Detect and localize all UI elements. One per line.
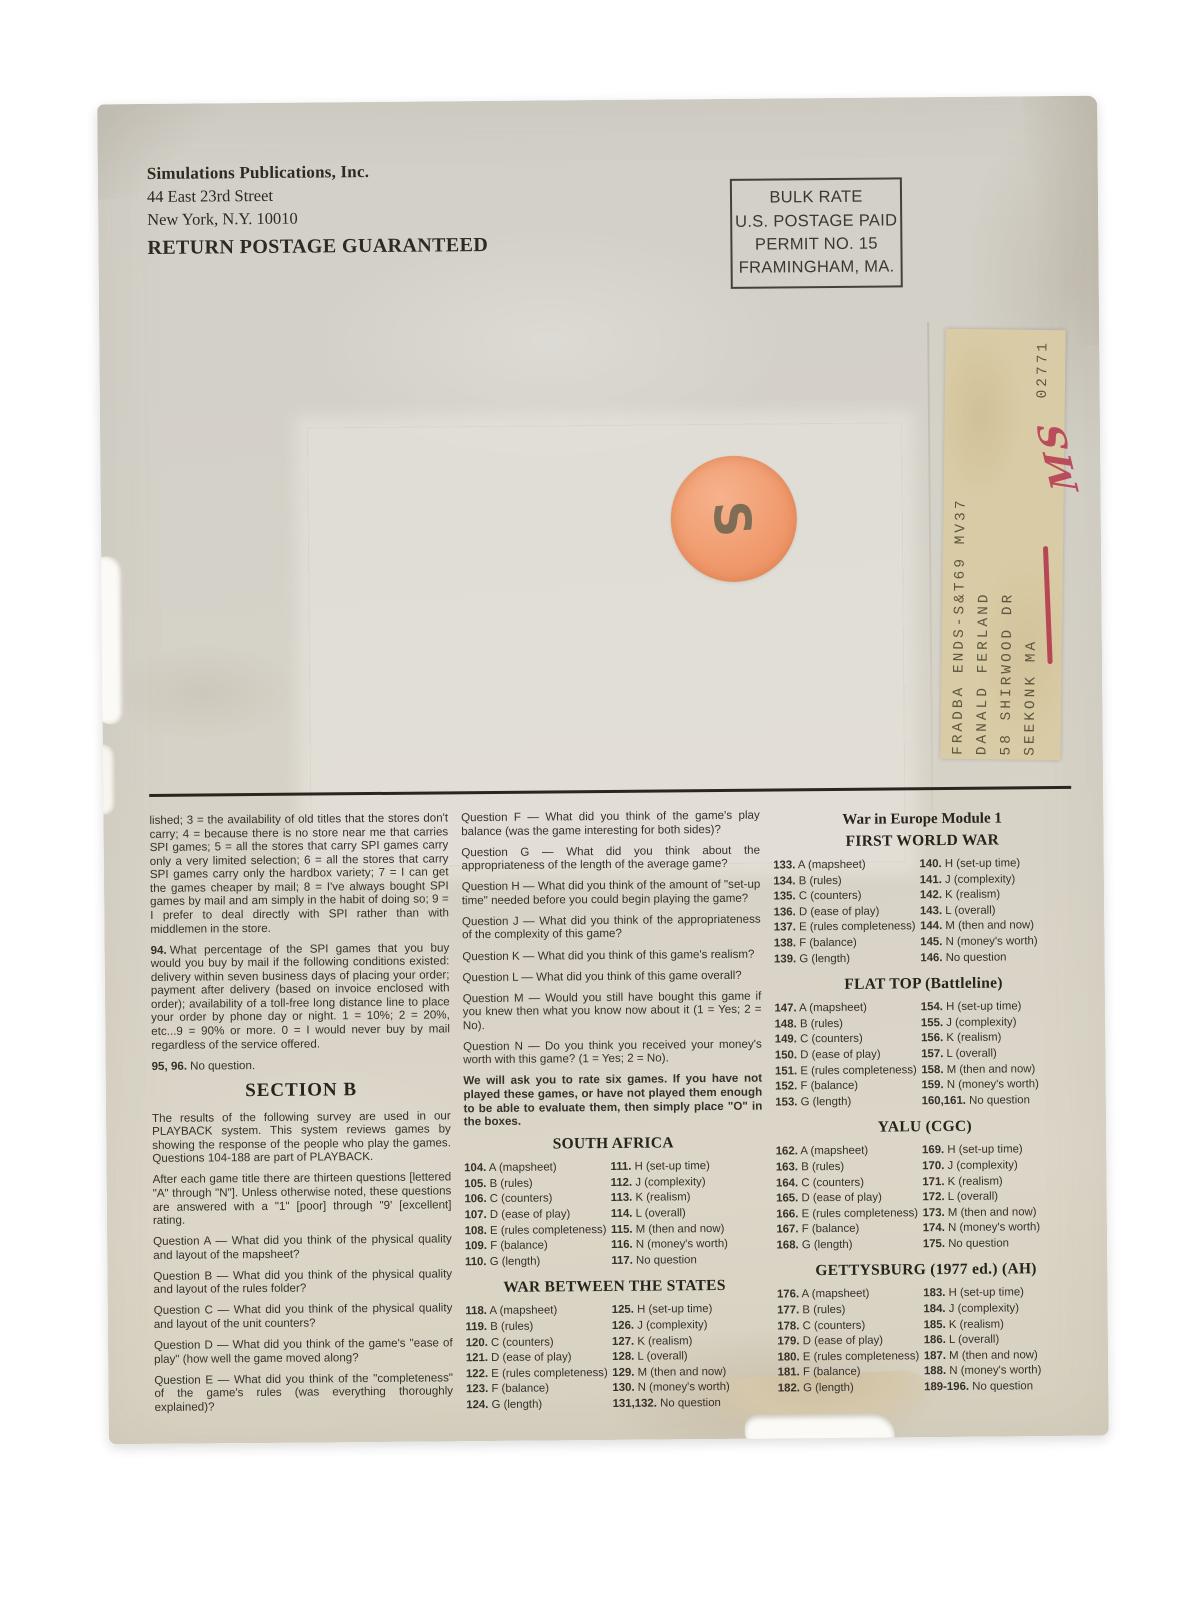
item-number: 128. <box>612 1351 634 1363</box>
item-label: N (money's worth) <box>945 935 1037 948</box>
item-label: M (then and now) <box>947 1063 1036 1076</box>
item-label: K (realism) <box>635 1192 690 1204</box>
section-b-heading: SECTION B <box>152 1078 451 1103</box>
game-subtitle: War in Europe Module 1 <box>773 810 1072 830</box>
item-label: G (length) <box>490 1255 541 1267</box>
item-number: 104. <box>464 1162 486 1174</box>
item-number: 156. <box>921 1032 943 1044</box>
game-items-right: 140. H (set-up time)141. J (complexity)1… <box>919 856 1072 966</box>
item-label: M (then and now) <box>945 920 1034 933</box>
item-number: 150. <box>775 1049 797 1061</box>
game-title: FLAT TOP (Battleline) <box>774 974 1073 995</box>
game-item: 152. F (balance) <box>775 1078 921 1095</box>
paragraph-text: Question C — What did you think of the p… <box>154 1302 453 1331</box>
survey-paragraph: 95, 96.No question. <box>152 1057 451 1073</box>
item-number: 176. <box>777 1289 799 1301</box>
left-paragraphs-top: lished; 3 = the availability of old titl… <box>149 811 450 1073</box>
survey-paragraph: Question E — What did you think of the "… <box>154 1371 453 1414</box>
item-label: A (mapsheet) <box>802 1288 870 1301</box>
game-item: 157. L (overall) <box>921 1046 1073 1063</box>
game-item: 172. L (overall) <box>922 1189 1074 1206</box>
game-item: 136. D (ease of play) <box>774 904 920 921</box>
game-item: 181. F (balance) <box>778 1365 924 1382</box>
game-item: 150. D (ease of play) <box>775 1047 921 1064</box>
game-section-war-between-the-states: WAR BETWEEN THE STATES 118. A (mapsheet)… <box>465 1277 765 1414</box>
paragraph-text: No question. <box>190 1059 255 1073</box>
game-items-right: 111. H (set-up time)112. J (complexity)1… <box>610 1159 763 1269</box>
item-number: 158. <box>921 1064 943 1076</box>
item-label: B (rules) <box>490 1177 533 1189</box>
item-label: D (ease of play) <box>799 905 880 918</box>
return-postage-notice: RETURN POSTAGE GUARANTEED <box>147 234 488 260</box>
game-columns: 147. A (mapsheet)148. B (rules)149. C (c… <box>774 999 1074 1111</box>
paragraph-text: Question E — What did you think of the "… <box>154 1371 453 1414</box>
item-number: 153. <box>775 1096 797 1108</box>
game-item: 175. No question <box>923 1236 1075 1253</box>
game-item: 171. K (realism) <box>922 1173 1074 1190</box>
permit-line: FRAMINGHAM, MA. <box>739 256 895 281</box>
game-items-left: 176. A (mapsheet)177. B (rules)178. C (c… <box>777 1287 924 1397</box>
item-label: F (balance) <box>800 1080 858 1093</box>
survey-paragraph: Question M — Would you still have bought… <box>463 989 762 1032</box>
game-columns: 133. A (mapsheet)134. B (rules)135. C (c… <box>773 856 1073 968</box>
game-item: 138. F (balance) <box>774 935 920 952</box>
item-number: 171. <box>922 1176 944 1188</box>
item-label: E (rules completeness) <box>800 1064 917 1077</box>
game-item: 139. G (length) <box>774 951 920 968</box>
item-number: 118. <box>465 1305 487 1317</box>
item-number: 174. <box>923 1222 945 1234</box>
game-item: 146. No question <box>920 949 1072 966</box>
item-label: B (rules) <box>490 1321 533 1333</box>
item-label: H (set-up time) <box>946 1001 1021 1014</box>
item-number: 135. <box>773 891 795 903</box>
item-label: N (money's worth) <box>949 1365 1041 1378</box>
item-label: K (realism) <box>948 1175 1003 1187</box>
paragraph-text: Question K — What did you think of this … <box>462 947 754 963</box>
item-label: N (money's worth) <box>636 1238 728 1251</box>
item-label: A (mapsheet) <box>799 1002 867 1015</box>
item-label: F (balance) <box>799 937 857 950</box>
item-number: 180. <box>777 1351 799 1363</box>
survey-column-right: War in Europe Module 1 FIRST WORLD WAR 1… <box>773 806 1077 1420</box>
item-label: G (length) <box>802 1239 853 1251</box>
game-item: 135. C (counters) <box>773 888 919 905</box>
item-number: 179. <box>777 1336 799 1348</box>
item-label: C (counters) <box>801 1176 864 1189</box>
item-label: L (overall) <box>945 904 995 916</box>
item-label: E (rules completeness) <box>802 1207 919 1220</box>
item-number: 177. <box>777 1304 799 1316</box>
game-section-flat-top: FLAT TOP (Battleline) 147. A (mapsheet)1… <box>774 974 1074 1111</box>
item-number: 163. <box>776 1161 798 1173</box>
game-columns: 118. A (mapsheet)119. B (rules)120. C (c… <box>465 1302 765 1414</box>
item-label: D (ease of play) <box>803 1335 884 1348</box>
game-item: 162. A (mapsheet) <box>776 1144 922 1161</box>
item-label: F (balance) <box>491 1383 549 1396</box>
game-item: 177. B (rules) <box>777 1302 923 1319</box>
item-number: 185. <box>923 1319 945 1331</box>
game-item: 158. M (then and now) <box>921 1061 1073 1078</box>
game-item: 104. A (mapsheet) <box>464 1160 610 1177</box>
game-item: 124. G (length) <box>466 1397 612 1414</box>
item-number: 136. <box>774 906 796 918</box>
game-item: 159. N (money's worth) <box>921 1077 1073 1094</box>
game-item: 178. C (counters) <box>777 1318 923 1335</box>
game-item: 109. F (balance) <box>465 1238 611 1255</box>
game-title: YALU (CGC) <box>775 1117 1074 1138</box>
item-label: E (rules completeness) <box>491 1367 608 1380</box>
sender-address-line1: 44 East 23rd Street <box>147 184 488 207</box>
postage-permit-box: BULK RATEU.S. POSTAGE PAIDPERMIT NO. 15F… <box>730 177 903 288</box>
item-number: 142. <box>920 889 942 901</box>
game-item: 173. M (then and now) <box>923 1205 1075 1222</box>
survey-paragraph: Question D — What did you think of the g… <box>154 1336 453 1366</box>
item-number: 168. <box>776 1239 798 1251</box>
item-label: H (set-up time) <box>949 1287 1024 1300</box>
game-items-right: 169. H (set-up time)170. J (complexity)1… <box>922 1142 1075 1252</box>
sender-name: Simulations Publications, Inc. <box>147 161 488 184</box>
game-item: 128. L (overall) <box>612 1349 764 1366</box>
paragraph-text: Question M — Would you still have bought… <box>463 989 762 1032</box>
game-items-left: 133. A (mapsheet)134. B (rules)135. C (c… <box>773 857 920 967</box>
item-label: No question <box>969 1094 1030 1107</box>
item-number: 157. <box>921 1048 943 1060</box>
game-items-right: 183. H (set-up time)184. J (complexity)1… <box>923 1285 1076 1395</box>
game-item: 153. G (length) <box>775 1094 921 1111</box>
game-item: 111. H (set-up time) <box>610 1159 762 1176</box>
paragraph-text: lished; 3 = the availability of old titl… <box>149 811 449 935</box>
item-number: 166. <box>776 1208 798 1220</box>
item-number: 112. <box>611 1177 633 1189</box>
item-label: J (complexity) <box>945 873 1015 886</box>
survey-paragraph: Question C — What did you think of the p… <box>154 1302 453 1332</box>
item-number: 115. <box>611 1223 633 1235</box>
paragraph-text: Question H — What did you think of the a… <box>462 878 761 907</box>
item-label: A (mapsheet) <box>489 1305 557 1318</box>
game-item: 113. K (realism) <box>611 1190 763 1207</box>
item-number: 183. <box>923 1288 945 1300</box>
item-label: L (overall) <box>946 1048 996 1060</box>
item-number: 145. <box>920 936 942 948</box>
paragraph-text: After each game title there are thirteen… <box>153 1171 452 1227</box>
game-title: GETTYSBURG (1977 ed.) (AH) <box>777 1260 1076 1281</box>
item-number: 117. <box>611 1255 633 1267</box>
game-item: 154. H (set-up time) <box>921 999 1073 1016</box>
game-item: 170. J (complexity) <box>922 1158 1074 1175</box>
sender-address-line2: New York, N.Y. 10010 <box>147 207 488 230</box>
game-item: 126. J (complexity) <box>612 1318 764 1335</box>
item-number: 130. <box>612 1382 634 1394</box>
game-item: 129. M (then and now) <box>612 1364 764 1381</box>
survey-paragraph: Question G — What did you think about th… <box>461 843 760 873</box>
item-number: 121. <box>466 1352 488 1364</box>
item-label: H (set-up time) <box>945 857 1020 870</box>
item-label: G (length) <box>491 1398 542 1410</box>
item-label: F (balance) <box>802 1223 860 1236</box>
item-number: 107. <box>464 1209 486 1221</box>
game-item: 143. L (overall) <box>920 903 1072 920</box>
item-number: 141. <box>920 874 942 886</box>
item-label: N (money's worth) <box>948 1221 1040 1234</box>
item-label: B (rules) <box>800 1018 843 1030</box>
permit-line: U.S. POSTAGE PAID <box>735 209 897 234</box>
item-number: 155. <box>921 1017 943 1029</box>
game-section-south-africa: SOUTH AFRICA 104. A (mapsheet)105. B (ru… <box>464 1134 764 1271</box>
game-columns: 176. A (mapsheet)177. B (rules)178. C (c… <box>777 1285 1077 1397</box>
item-label: A (mapsheet) <box>798 859 866 872</box>
item-number: 173. <box>923 1207 945 1219</box>
item-number: 126. <box>612 1320 634 1332</box>
item-number: 140. <box>919 858 941 870</box>
item-number: 159. <box>921 1079 943 1091</box>
item-label: J (complexity) <box>635 1176 705 1189</box>
game-item: 114. L (overall) <box>611 1206 763 1223</box>
item-number: 146. <box>920 952 942 964</box>
game-item: 167. F (balance) <box>776 1222 922 1239</box>
envelope-back: Simulations Publications, Inc. 44 East 2… <box>97 96 1109 1445</box>
survey-paragraph: After each game title there are thirteen… <box>153 1171 452 1228</box>
item-label: J (complexity) <box>946 1016 1016 1029</box>
survey-column-middle: Question F — What did you think of the g… <box>461 809 765 1423</box>
game-item: 116. N (money's worth) <box>611 1237 763 1254</box>
game-item: 108. E (rules completeness) <box>465 1223 611 1240</box>
game-section-yalu: YALU (CGC) 162. A (mapsheet)163. B (rule… <box>775 1117 1075 1254</box>
game-item: 147. A (mapsheet) <box>774 1000 920 1017</box>
permit-line: PERMIT NO. 15 <box>755 233 878 257</box>
item-number: 122. <box>466 1368 488 1380</box>
item-label: M (then and now) <box>638 1366 727 1379</box>
game-item: 145. N (money's worth) <box>920 934 1072 951</box>
price-sticker: S <box>670 455 797 582</box>
item-number: 134. <box>773 875 795 887</box>
survey-paragraph: Question N — Do you think you received y… <box>463 1037 762 1067</box>
item-number: 139. <box>774 953 796 965</box>
game-item: 118. A (mapsheet) <box>465 1303 611 1320</box>
survey-paragraph: Question F — What did you think of the g… <box>461 809 760 839</box>
game-items-left: 104. A (mapsheet)105. B (rules)106. C (c… <box>464 1160 611 1270</box>
item-label: D (ease of play) <box>800 1049 881 1062</box>
game-item: 187. M (then and now) <box>924 1348 1076 1365</box>
item-number: 137. <box>774 922 796 934</box>
item-number: 110. <box>465 1256 487 1268</box>
item-label: N (money's worth) <box>947 1078 1039 1091</box>
game-columns: 104. A (mapsheet)105. B (rules)106. C (c… <box>464 1159 764 1271</box>
paragraph-text: Question J — What did you think of the a… <box>462 913 761 942</box>
item-number: 152. <box>775 1080 797 1092</box>
game-columns: 162. A (mapsheet)163. B (rules)164. C (c… <box>776 1142 1076 1254</box>
item-number: 129. <box>612 1366 634 1378</box>
game-section-first-world-war: War in Europe Module 1 FIRST WORLD WAR 1… <box>773 810 1073 968</box>
sticker-letter: S <box>701 499 762 539</box>
item-label: D (ease of play) <box>801 1192 882 1205</box>
game-item: 165. D (ease of play) <box>776 1190 922 1207</box>
middle-questions: Question F — What did you think of the g… <box>461 809 762 1068</box>
item-label: C (counters) <box>490 1193 553 1206</box>
mailing-label-text: MS 02771 FRADBA ENDS-S&T69 MV37DANALD FE… <box>944 335 1061 756</box>
game-item: 168. G (length) <box>776 1237 922 1254</box>
survey-paragraph: The results of the following survey are … <box>152 1109 451 1166</box>
item-label: C (counters) <box>799 890 862 903</box>
game-item: 134. B (rules) <box>773 873 919 890</box>
survey-paragraph: lished; 3 = the availability of old titl… <box>149 811 449 936</box>
item-number: 119. <box>465 1321 487 1333</box>
item-label: J (complexity) <box>947 1159 1017 1172</box>
game-item: 176. A (mapsheet) <box>777 1287 923 1304</box>
item-number: 124. <box>466 1399 488 1411</box>
item-number: 114. <box>611 1208 633 1220</box>
item-label: E (rules completeness) <box>803 1350 920 1363</box>
paragraph-text: Question B — What did you think of the p… <box>153 1267 452 1296</box>
game-item: 125. H (set-up time) <box>612 1302 764 1319</box>
item-number: 113. <box>611 1192 633 1204</box>
game-item: 105. B (rules) <box>464 1176 610 1193</box>
item-label: H (set-up time) <box>637 1303 712 1316</box>
item-label: B (rules) <box>802 1304 845 1316</box>
item-number: 108. <box>465 1225 487 1237</box>
item-number: 181. <box>778 1367 800 1379</box>
question-number: 95, 96. <box>152 1059 188 1072</box>
item-label: G (length) <box>801 1096 852 1108</box>
mailing-label: MS 02771 FRADBA ENDS-S&T69 MV37DANALD FE… <box>940 329 1065 760</box>
game-items-left: 147. A (mapsheet)148. B (rules)149. C (c… <box>774 1000 921 1110</box>
item-number: 138. <box>774 937 796 949</box>
survey-paragraph: Question B — What did you think of the p… <box>153 1267 452 1297</box>
item-number: 178. <box>777 1320 799 1332</box>
game-item: 142. K (realism) <box>920 887 1072 904</box>
item-label: M (then and now) <box>636 1223 725 1236</box>
item-number: 160,161. <box>922 1095 966 1107</box>
item-label: C (counters) <box>491 1336 554 1349</box>
survey-paragraph: Question K — What did you think of this … <box>462 947 761 963</box>
item-number: 167. <box>776 1224 798 1236</box>
game-item: 185. K (realism) <box>923 1317 1075 1334</box>
item-label: No question <box>946 951 1007 964</box>
handwritten-initials: MS <box>1038 421 1079 491</box>
item-label: H (set-up time) <box>947 1144 1022 1157</box>
game-item: 131,132. No question <box>612 1396 764 1413</box>
item-number: 131,132. <box>612 1397 656 1409</box>
game-item: 137. E (rules completeness) <box>774 920 920 937</box>
game-item: 107. D (ease of play) <box>464 1207 610 1224</box>
item-label: N (money's worth) <box>638 1381 730 1394</box>
game-item: 115. M (then and now) <box>611 1221 763 1238</box>
game-item: 166. E (rules completeness) <box>776 1206 922 1223</box>
survey-paragraph: 94.What percentage of the SPI games that… <box>150 941 450 1052</box>
game-item: 160,161. No question <box>922 1093 1074 1110</box>
game-item: 144. M (then and now) <box>920 918 1072 935</box>
left-paragraphs-bottom: The results of the following survey are … <box>152 1109 453 1414</box>
item-label: No question <box>948 1237 1009 1250</box>
item-number: 116. <box>611 1239 633 1251</box>
item-label: K (realism) <box>945 889 1000 901</box>
item-label: L (overall) <box>948 1191 998 1203</box>
item-label: E (rules completeness) <box>799 921 916 934</box>
game-item: 123. F (balance) <box>466 1381 612 1398</box>
survey-paragraph: Question J — What did you think of the a… <box>462 913 761 943</box>
item-label: D (ease of play) <box>491 1351 572 1364</box>
item-label: E (rules completeness) <box>490 1224 607 1237</box>
game-section-gettysburg: GETTYSBURG (1977 ed.) (AH) 176. A (mapsh… <box>777 1260 1077 1397</box>
game-item: 130. N (money's worth) <box>612 1380 764 1397</box>
item-number: 127. <box>612 1335 634 1347</box>
game-item: 156. K (realism) <box>921 1030 1073 1047</box>
paragraph-text: Question G — What did you think about th… <box>461 843 760 872</box>
item-number: 111. <box>610 1161 631 1173</box>
game-item: 164. C (counters) <box>776 1175 922 1192</box>
item-label: H (set-up time) <box>635 1160 710 1173</box>
item-number: 182. <box>778 1382 800 1394</box>
item-number: 105. <box>464 1178 486 1190</box>
item-label: G (length) <box>803 1382 854 1394</box>
item-number: 106. <box>464 1193 486 1205</box>
survey-paragraph: Question H — What did you think of the a… <box>462 878 761 908</box>
question-number: 94. <box>150 943 166 956</box>
item-number: 172. <box>922 1191 944 1203</box>
game-title: WAR BETWEEN THE STATES <box>465 1277 764 1298</box>
game-item: 186. L (overall) <box>924 1332 1076 1349</box>
game-item: 127. K (realism) <box>612 1333 764 1350</box>
item-label: M (then and now) <box>948 1206 1037 1219</box>
item-number: 149. <box>775 1034 797 1046</box>
zip-code: 02771 <box>1031 340 1056 399</box>
game-item: 184. J (complexity) <box>923 1301 1075 1318</box>
survey-section: lished; 3 = the availability of old titl… <box>149 786 1076 1426</box>
item-number: 188. <box>924 1365 946 1377</box>
item-number: 143. <box>920 905 942 917</box>
item-label: C (counters) <box>802 1319 865 1332</box>
survey-column-left: lished; 3 = the availability of old titl… <box>149 811 453 1425</box>
tear-mark <box>97 744 115 814</box>
tear-mark <box>97 556 124 724</box>
item-label: A (mapsheet) <box>800 1145 868 1158</box>
game-item: 149. C (counters) <box>775 1032 921 1049</box>
red-underline <box>1043 546 1053 664</box>
item-label: K (realism) <box>949 1318 1004 1330</box>
item-label: B (rules) <box>799 875 842 887</box>
item-label: J (complexity) <box>637 1319 707 1332</box>
game-item: 112. J (complexity) <box>611 1174 763 1191</box>
game-item: 151. E (rules completeness) <box>775 1063 921 1080</box>
item-label: A (mapsheet) <box>489 1162 557 1175</box>
game-title: SOUTH AFRICA <box>464 1134 763 1155</box>
game-items-left: 118. A (mapsheet)119. B (rules)120. C (c… <box>465 1303 612 1413</box>
crumple-shade <box>1023 96 1099 347</box>
paragraph-text: The results of the following survey are … <box>152 1109 451 1165</box>
survey-paragraph: Question A — What did you think of the p… <box>153 1232 452 1262</box>
game-item: 140. H (set-up time) <box>919 856 1071 873</box>
item-number: 189-196. <box>924 1381 969 1393</box>
survey-paragraph: Question L — What did you think of this … <box>462 968 761 984</box>
item-number: 154. <box>921 1001 943 1013</box>
item-number: 148. <box>775 1018 797 1030</box>
game-item: 188. N (money's worth) <box>924 1363 1076 1380</box>
game-item: 169. H (set-up time) <box>922 1142 1074 1159</box>
item-number: 162. <box>776 1146 798 1158</box>
item-label: B (rules) <box>801 1161 844 1173</box>
game-item: 179. D (ease of play) <box>777 1333 923 1350</box>
item-label: C (counters) <box>800 1033 863 1046</box>
item-label: G (length) <box>799 952 850 964</box>
item-number: 120. <box>466 1337 488 1349</box>
game-item: 120. C (counters) <box>466 1334 612 1351</box>
game-item: 189-196. No question <box>924 1379 1076 1396</box>
item-label: L (overall) <box>637 1350 687 1362</box>
item-number: 133. <box>773 859 795 871</box>
item-label: F (balance) <box>803 1366 861 1379</box>
item-label: No question <box>636 1254 697 1267</box>
game-item: 110. G (length) <box>465 1254 611 1271</box>
